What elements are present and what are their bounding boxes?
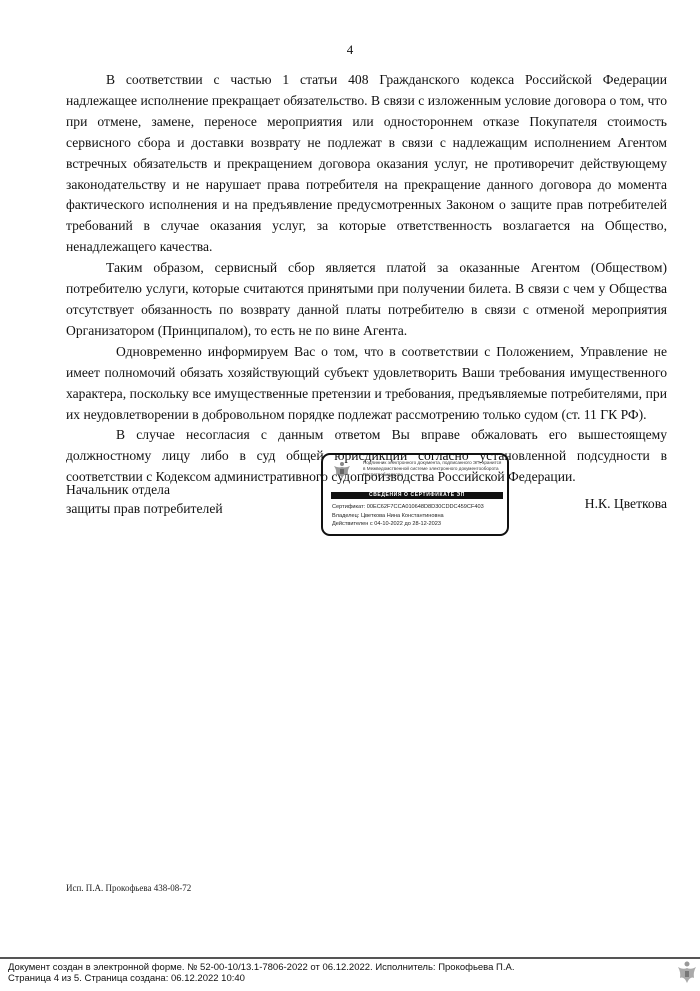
footer-line-2: Страница 4 из 5. Страница создана: 06.12…: [8, 973, 515, 984]
paragraph-1: В соответствии с частью 1 статьи 408 Гра…: [66, 70, 667, 258]
position-line-2: защиты прав потребителей: [66, 499, 223, 518]
e-signature-stamp: Подлинник электронного документа, подпис…: [321, 453, 509, 536]
stamp-info: Сертификат: 00EC62F7CCA010648D8D30CDDC45…: [332, 503, 484, 529]
stamp-validity: Действителен с 04-10-2022 до 28-12-2023: [332, 520, 484, 529]
paragraph-2: Таким образом, сервисный сбор является п…: [66, 258, 667, 342]
stamp-owner: Владелец: Цветкова Нина Константиновна: [332, 512, 484, 521]
letter-body: В соответствии с частью 1 статьи 408 Гра…: [66, 70, 667, 488]
stamp-certificate: Сертификат: 00EC62F7CCA010648D8D30CDDC45…: [332, 503, 484, 512]
signatory-name: Н.К. Цветкова: [585, 496, 667, 512]
paragraph-3: Одновременно информируем Вас о том, что …: [66, 342, 667, 426]
position-line-1: Начальник отдела: [66, 480, 223, 499]
stamp-title: СВЕДЕНИЯ О СЕРТИФИКАТЕ ЭП: [331, 492, 503, 499]
executor-info: Исп. П.А. Прокофьева 438-08-72: [66, 883, 191, 893]
footer-divider: [0, 957, 700, 959]
signatory-position: Начальник отдела защиты прав потребителе…: [66, 480, 223, 518]
coat-of-arms-icon: [331, 460, 353, 482]
coat-of-arms-icon: [676, 960, 698, 986]
footer: Документ создан в электронной форме. № 5…: [8, 962, 515, 984]
footer-line-1: Документ создан в электронной форме. № 5…: [8, 962, 515, 973]
stamp-header: Подлинник электронного документа, подпис…: [363, 460, 505, 478]
page-number: 4: [0, 42, 700, 58]
